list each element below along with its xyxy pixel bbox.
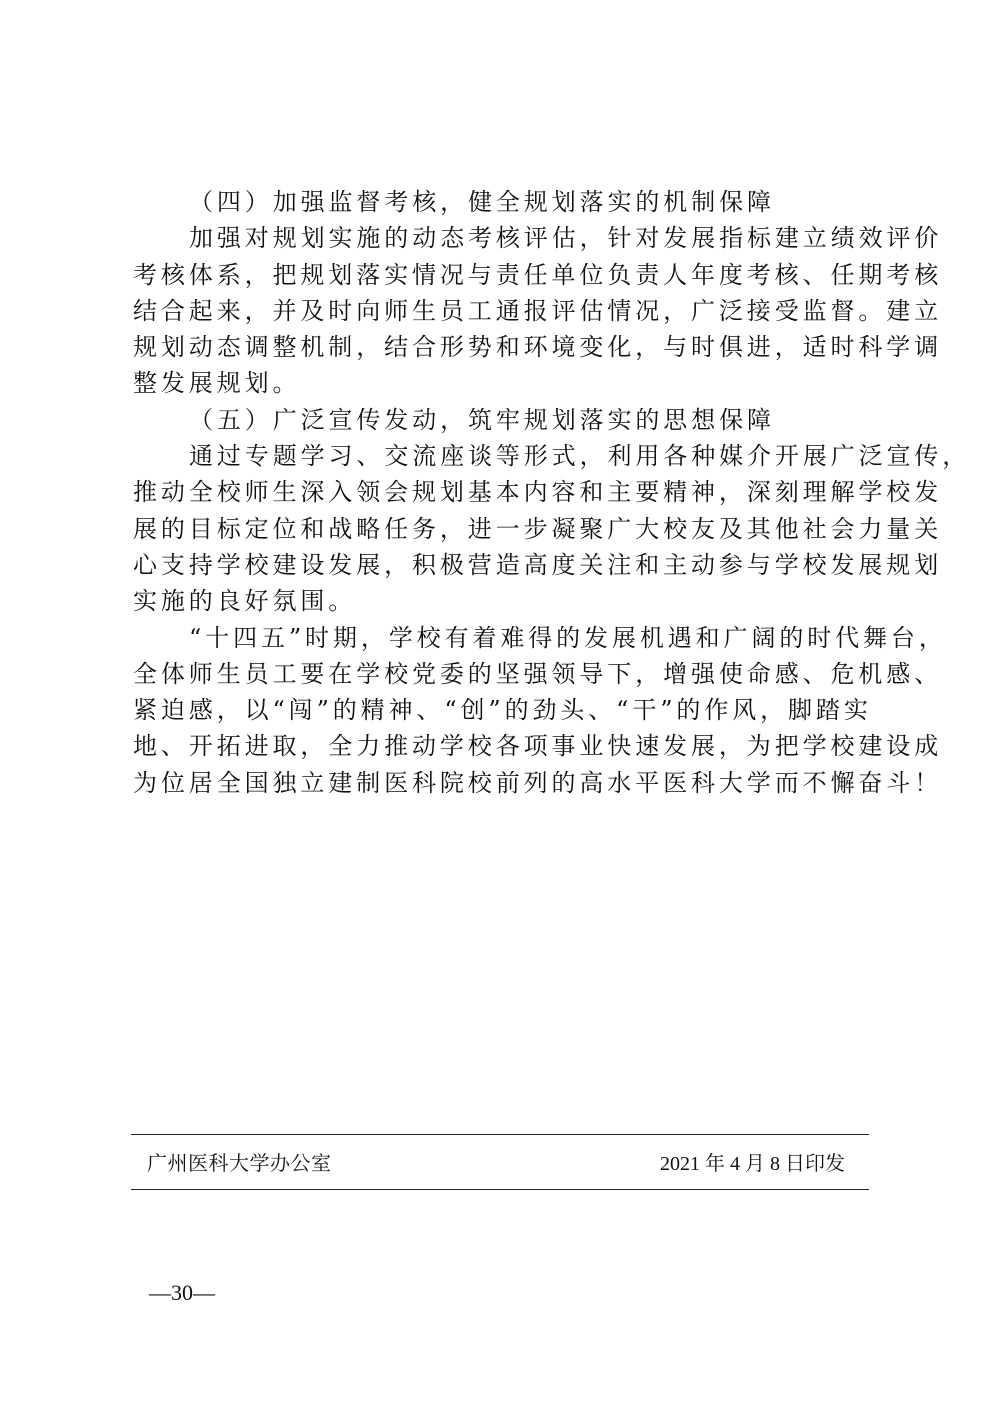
closing-line: 紧迫感，以“闯”的精神、“创”的劲头、“干”的作风，脚踏实 xyxy=(133,692,861,728)
paragraph-line: 结合起来，并及时向师生员工通报评估情况，广泛接受监督。建立 xyxy=(133,293,861,329)
paragraph-line: 心支持学校建设发展，积极营造高度关注和主动参与学校发展规划 xyxy=(133,547,861,583)
issuance-footer: 广州医科大学办公室 2021 年 4 月 8 日印发 xyxy=(131,1134,869,1190)
paragraph-line: 整发展规划。 xyxy=(133,365,861,401)
paragraph-line: 实施的良好氛围。 xyxy=(133,583,861,619)
paragraph-line: 规划动态调整机制，结合形势和环境变化，与时俱进，适时科学调 xyxy=(133,329,861,365)
paragraph-line: 展的目标定位和战略任务，进一步凝聚广大校友及其他社会力量关 xyxy=(133,511,861,547)
document-body: （四）加强监督考核，健全规划落实的机制保障 加强对规划实施的动态考核评估，针对发… xyxy=(133,184,861,801)
paragraph-line: 通过专题学习、交流座谈等形式，利用各种媒介开展广泛宣传， xyxy=(133,438,861,474)
closing-line: 为位居全国独立建制医科院校前列的高水平医科大学而不懈奋斗！ xyxy=(133,765,861,801)
paragraph-line: 加强对规划实施的动态考核评估，针对发展指标建立绩效评价 xyxy=(133,220,861,256)
issue-date: 2021 年 4 月 8 日印发 xyxy=(660,1147,845,1176)
closing-line: 地、开拓进取，全力推动学校各项事业快速发展，为把学校建设成 xyxy=(133,728,861,764)
section-heading-5: （五）广泛宣传发动，筑牢规划落实的思想保障 xyxy=(133,402,861,438)
paragraph-line: 考核体系，把规划落实情况与责任单位负责人年度考核、任期考核 xyxy=(133,257,861,293)
paragraph-line: 推动全校师生深入领会规划基本内容和主要精神，深刻理解学校发 xyxy=(133,474,861,510)
section-heading-4: （四）加强监督考核，健全规划落实的机制保障 xyxy=(133,184,861,220)
issuer-name: 广州医科大学办公室 xyxy=(147,1147,332,1176)
closing-line: 全体师生员工要在学校党委的坚强领导下，增强使命感、危机感、 xyxy=(133,656,861,692)
document-page: （四）加强监督考核，健全规划落实的机制保障 加强对规划实施的动态考核评估，针对发… xyxy=(0,0,991,1403)
closing-line: “十四五”时期，学校有着难得的发展机遇和广阔的时代舞台， xyxy=(133,620,861,656)
page-number: —30— xyxy=(149,1280,215,1306)
